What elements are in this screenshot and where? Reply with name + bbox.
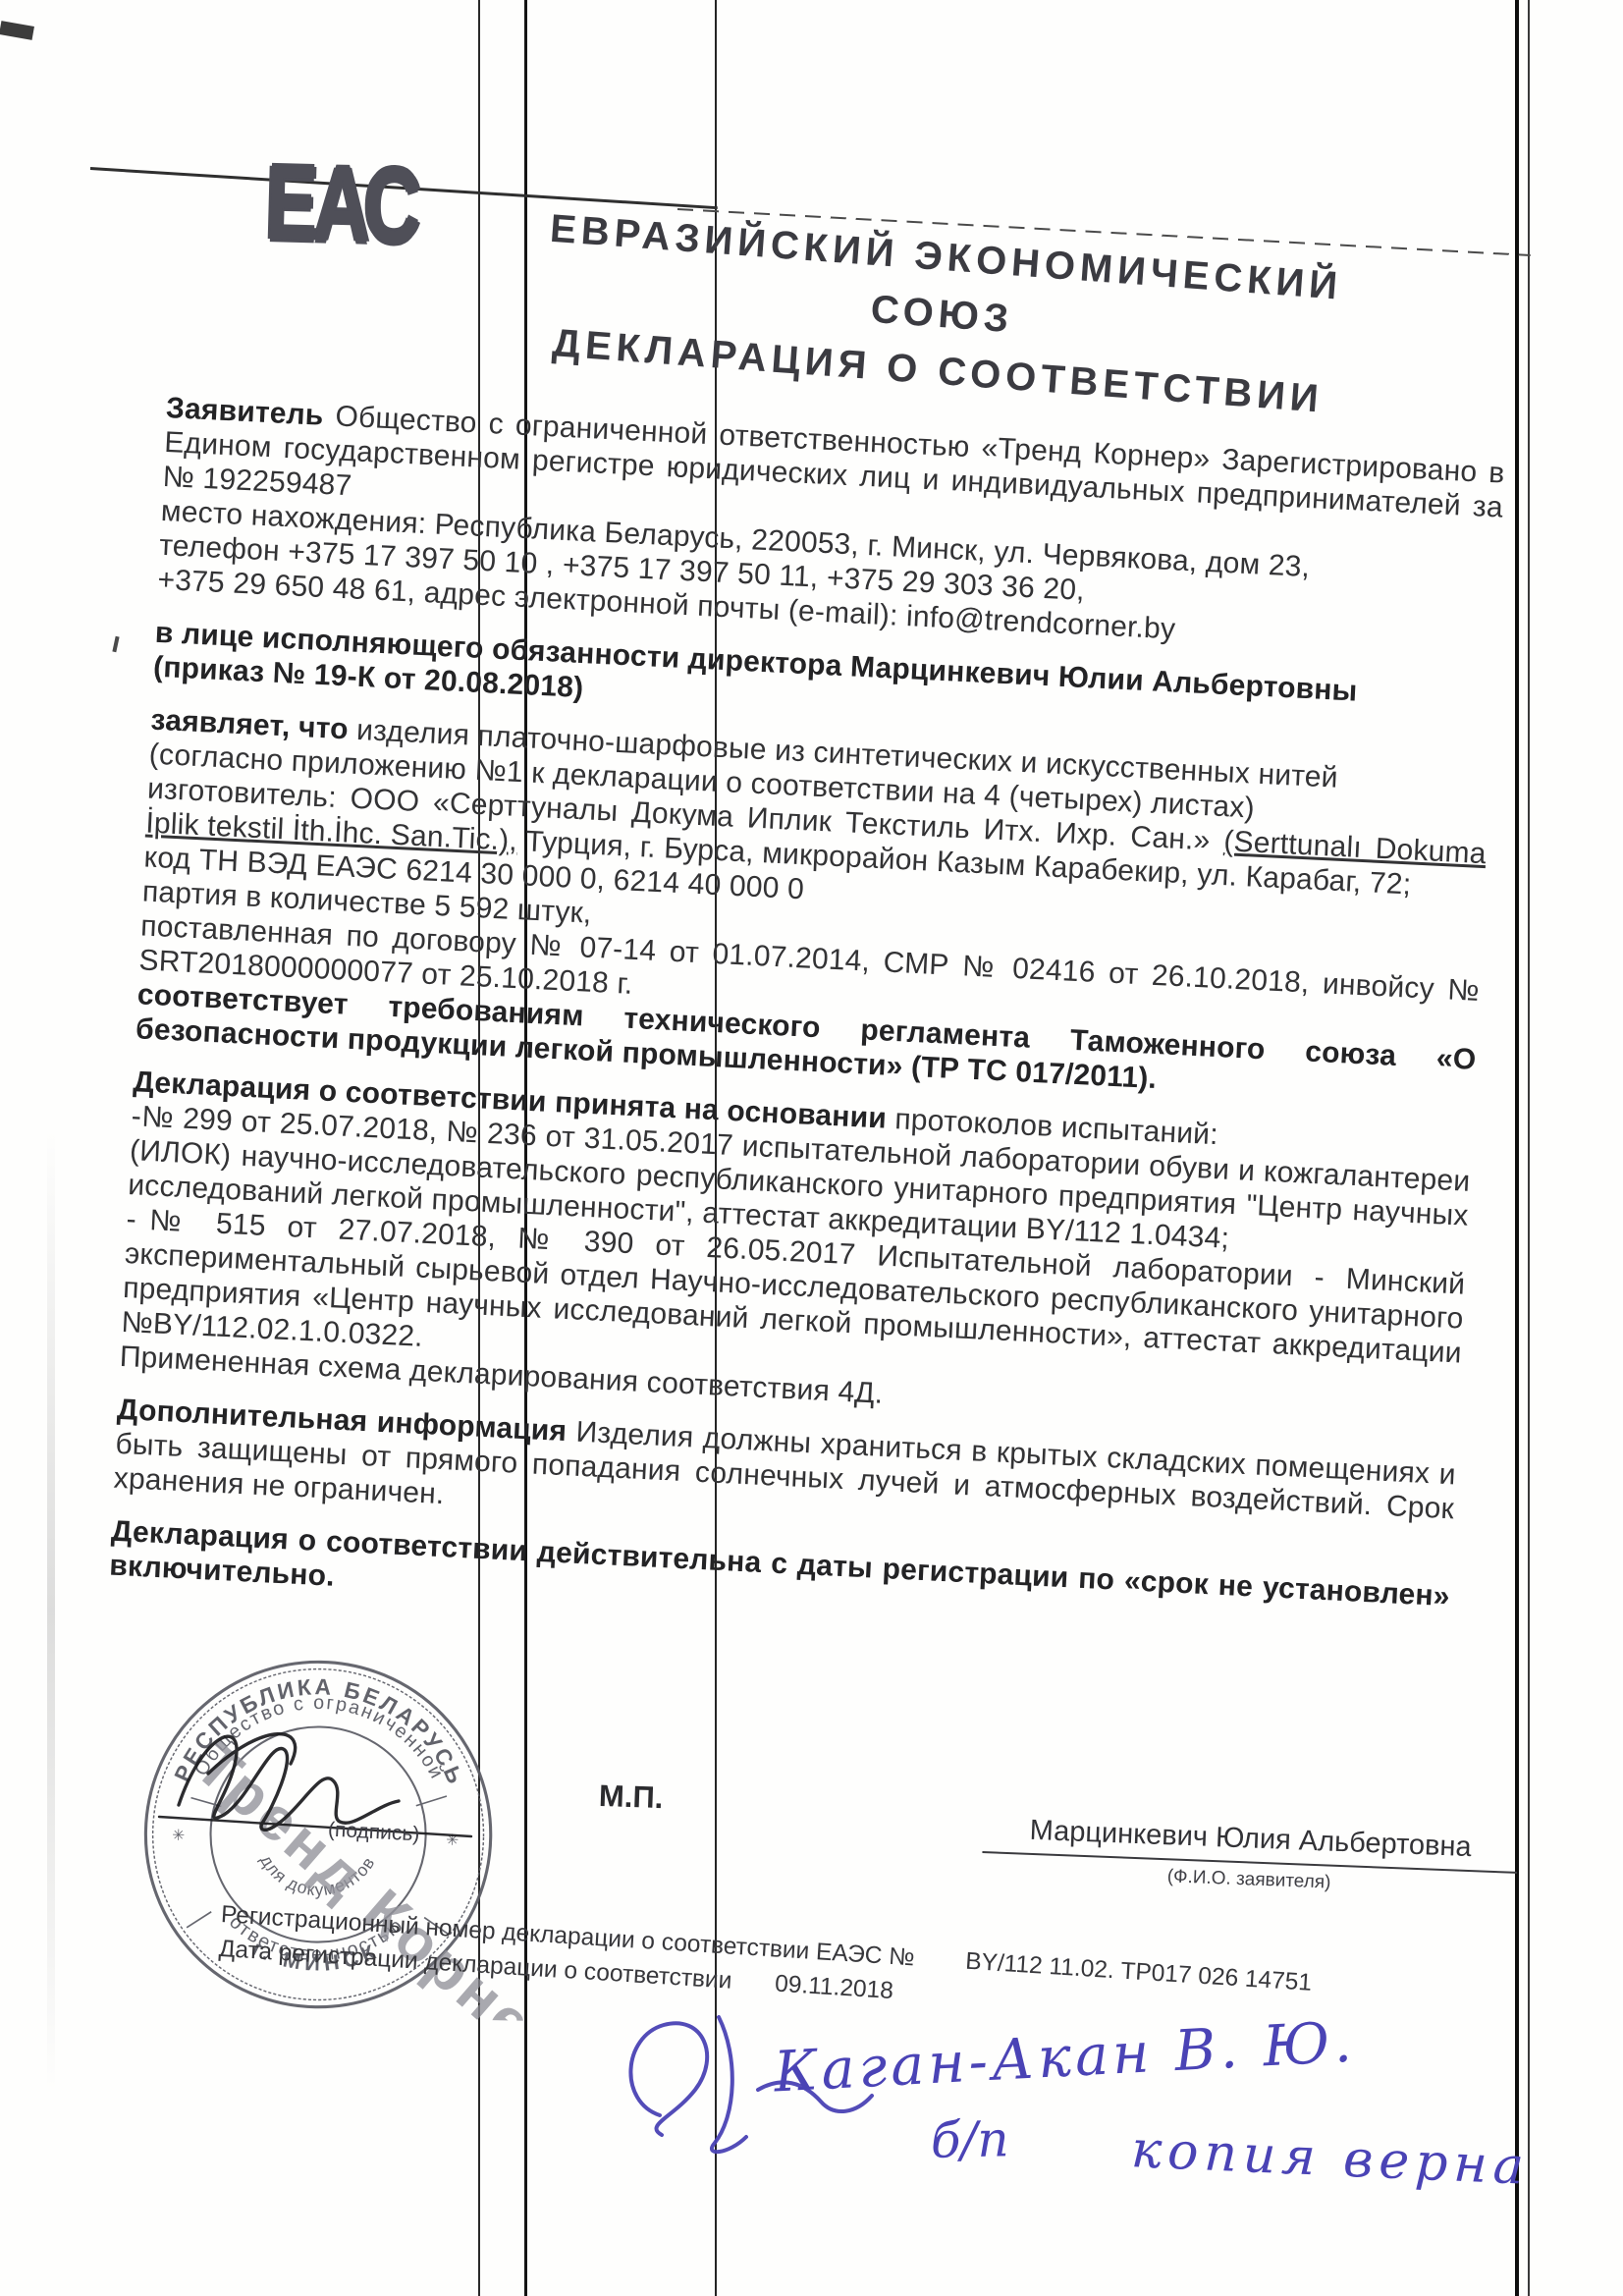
eac-logo: ЕАС	[264, 149, 417, 259]
signature-stroke-main	[179, 1736, 399, 1830]
handwritten-note-copy-valid: копия верна	[1130, 2120, 1531, 2197]
basis-paragraph: Декларация о соответствии принята на осн…	[119, 1065, 1473, 1439]
representative-name: директора Марцинкевич Юлии Альбертовны	[687, 642, 1358, 707]
applicant-signature-block: Марцинкевич Юлия Альбертовна (Ф.И.О. зая…	[981, 1813, 1518, 1901]
scan-edge-smudge	[47, 1129, 55, 2092]
document-body: Заявитель Общество с ограниченной ответс…	[108, 391, 1506, 1667]
scanned-declaration-page: ЕАС ЕВРАЗИЙСКИЙ ЭКОНОМИЧЕСКИЙ СОЮЗ ДЕКЛА…	[0, 0, 1623, 2296]
scan-vertical-line-4	[1515, 0, 1519, 2296]
applicant-label: Заявитель	[165, 392, 324, 432]
signature-line	[159, 1817, 471, 1836]
signature-caption: (подпись)	[327, 1819, 420, 1847]
applicant-paragraph: Заявитель Общество с ограниченной ответс…	[157, 391, 1506, 662]
document-title: ЕВРАЗИЙСКИЙ ЭКОНОМИЧЕСКИЙ СОЮЗ ДЕКЛАРАЦИ…	[490, 196, 1393, 432]
stamp-place-label: М.П.	[598, 1778, 664, 1816]
pen-flourish-loop1	[630, 2023, 707, 2135]
scan-vertical-line-5	[1528, 0, 1530, 2296]
scan-corner-mark	[0, 21, 34, 40]
handwritten-note-bp: б/п	[930, 2110, 1009, 2168]
pen-flourish-loop2	[712, 2017, 746, 2152]
scan-margin-tick	[112, 636, 119, 652]
products-paragraph: заявляет, что изделия платочно-шарфовые …	[135, 703, 1489, 1112]
